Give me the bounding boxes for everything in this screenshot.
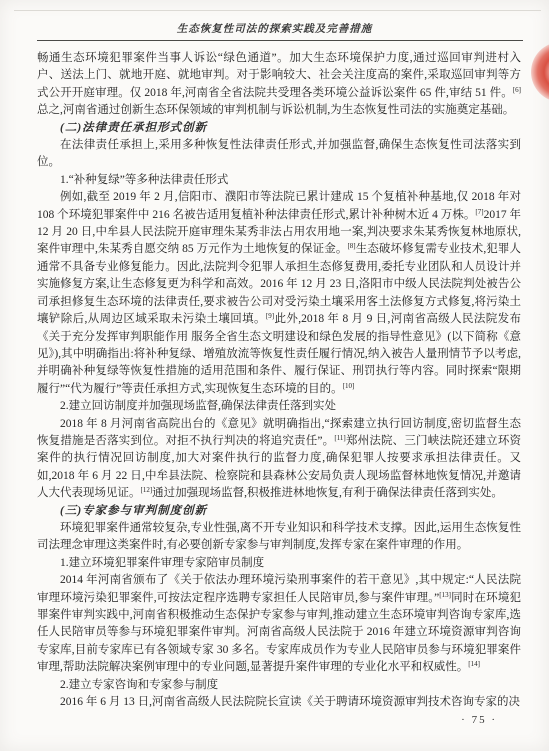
scan-artifact-line [14, 10, 541, 11]
paragraph-heading3: 1.建立环境犯罪案件审理专家陪审员制度 [37, 555, 521, 572]
citation-marker: [8] [347, 242, 355, 250]
paragraph-heading2: (三)专家参与审判制度创新 [37, 503, 521, 520]
citation-marker: [13] [439, 591, 451, 599]
paragraph-body: 畅通生态环境犯罪案件当事人诉讼“绿色通道”。加大生态环境保护力度,通过巡回审判进… [37, 50, 521, 120]
paragraph-body: 环境犯罪案件通常较复杂,专业性强,离不开专业知识和科学技术支撑。因此,运用生态恢… [37, 520, 521, 555]
citation-marker: [14] [468, 660, 480, 668]
red-seal-decoration [531, 42, 549, 102]
citation-marker: [12] [141, 486, 153, 494]
paragraph-body: 2018 年 8 月河南省高院出台的《意见》就明确指出,“探索建立执行回访制度,… [37, 416, 521, 503]
running-header-title: 生态恢复性司法的探索实践及完善措施 [0, 21, 549, 36]
header-divider-rule [37, 40, 523, 41]
paragraph-heading3: 2.建立专家咨询和专家参与制度 [37, 677, 521, 694]
citation-marker: [9] [266, 312, 274, 320]
paragraph-body: 例如,截至 2019 年 2 月,信阳市、濮阳市等法院已累计建成 15 个复植补… [37, 189, 521, 398]
page-number: · 75 · [461, 714, 497, 726]
scanned-document-page: 生态恢复性司法的探索实践及完善措施 畅通生态环境犯罪案件当事人诉讼“绿色通道”。… [0, 0, 549, 751]
paragraph-body: 2014 年河南省颁布了《关于依法办理环境污染刑事案件的若干意见》,其中规定:“… [37, 572, 521, 676]
article-body: 畅通生态环境犯罪案件当事人诉讼“绿色通道”。加大生态环境保护力度,通过巡回审判进… [37, 50, 521, 711]
paragraph-heading2: (二)法律责任承担形式创新 [37, 120, 521, 137]
paragraph-heading3: 2.建立回访制度并加强现场监督,确保法律责任落到实处 [37, 398, 521, 415]
paragraph-heading3: 1.“补种复绿”等多种法律责任形式 [37, 172, 521, 189]
paragraph-body: 在法律责任承担上,采用多种恢复性法律责任形式,并加强监督,确保生态恢复性司法落实… [37, 137, 521, 172]
citation-marker: [7] [475, 208, 483, 216]
citation-marker: [6] [513, 86, 521, 94]
citation-marker: [10] [343, 382, 355, 390]
paragraph-body: 2016 年 6 月 13 日,河南省高级人民法院院长宣读《关于聘请环境资源审判… [37, 694, 521, 711]
citation-marker: [11] [334, 434, 345, 442]
